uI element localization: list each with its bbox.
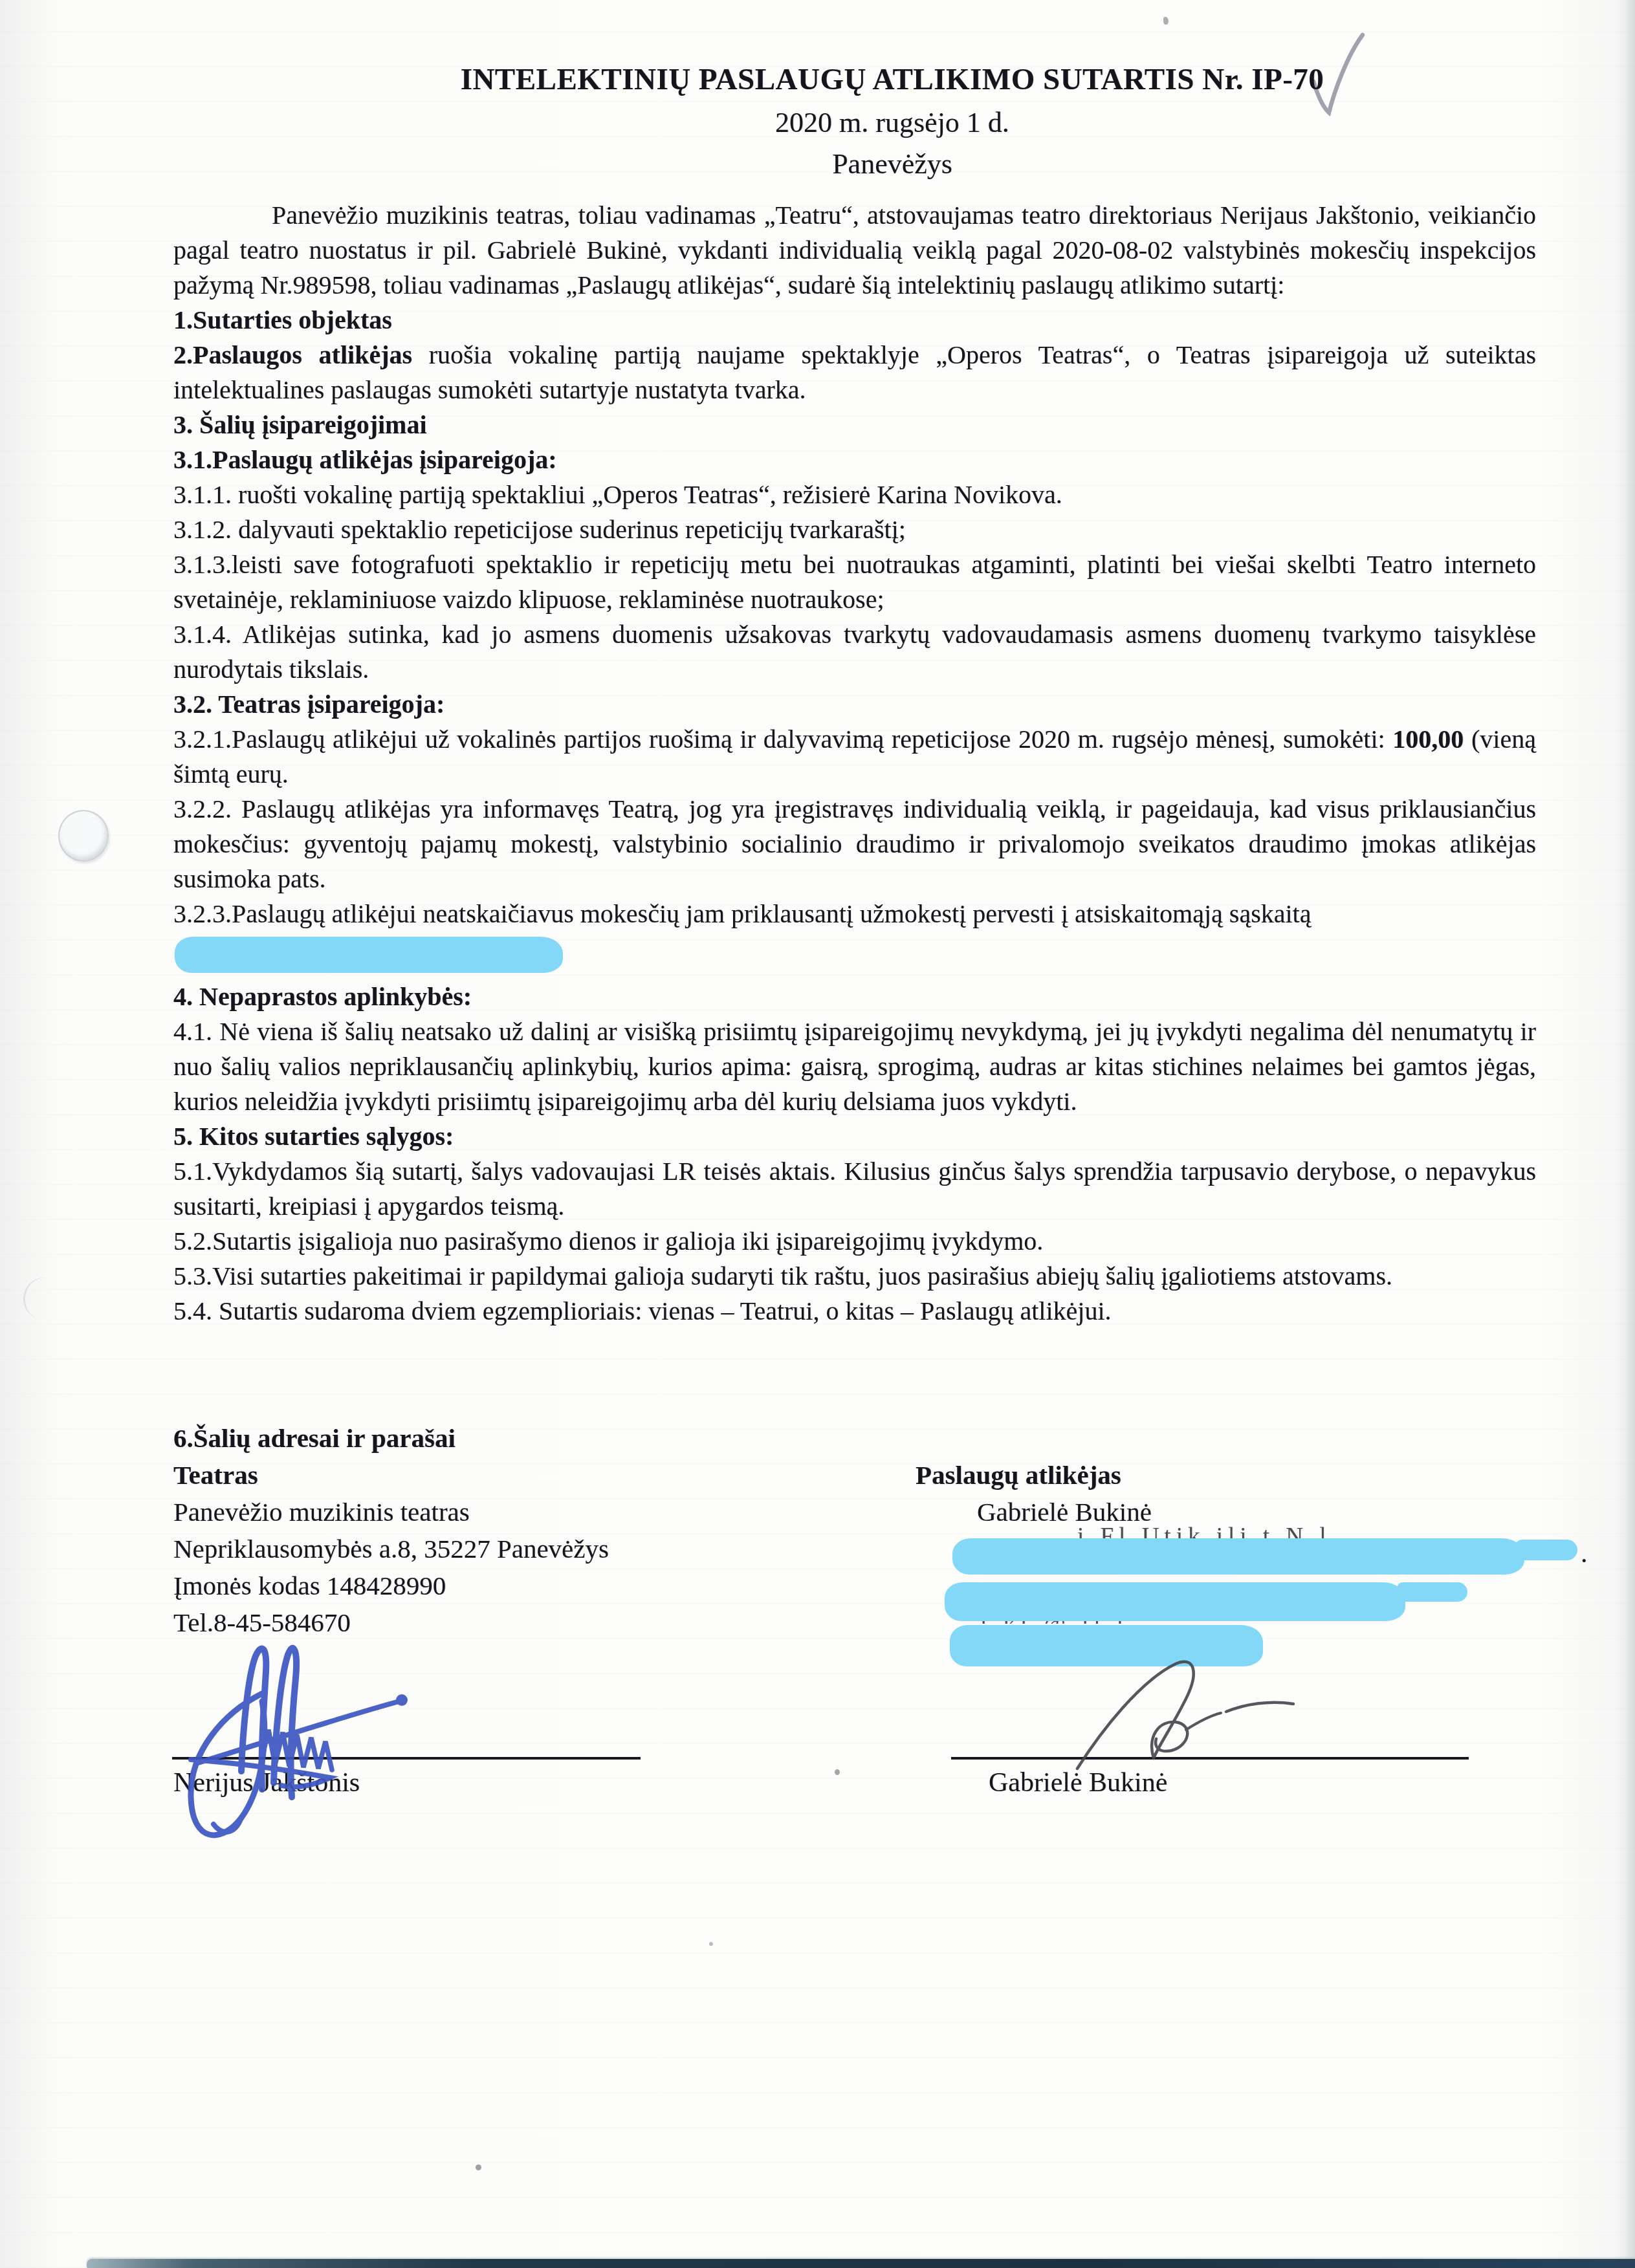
- paragraph-segment: 5.4. Sutartis sudaroma dviem egzempliori…: [173, 1296, 1112, 1325]
- obscured-text-fragment: į Fl Utik įlį t N l: [1077, 1521, 1517, 1538]
- scan-edge-right: [1616, 0, 1635, 2268]
- section6-heading: 6.Šalių adresai ir parašai: [173, 1420, 911, 1457]
- paragraph-segment: 5.1.Vykdydamos šią sutartį, šalys vadova…: [173, 1157, 1536, 1221]
- paragraph-segment: 3.1.3.leisti save fotografuoti spektakli…: [173, 550, 1536, 614]
- paragraph-segment: 1.Sutarties objektas: [173, 305, 392, 334]
- scan-speck: [709, 1942, 713, 1946]
- contract-paragraph: 5.3.Visi sutarties pakeitimai ir papildy…: [173, 1259, 1536, 1294]
- contract-paragraph: 3.2.3.Paslaugų atlikėjui neatskaičiavus …: [173, 897, 1536, 932]
- paragraph-segment: 5.3.Visi sutarties pakeitimai ir papildy…: [173, 1261, 1392, 1291]
- contract-paragraph: 3.1.3.leisti save fotografuoti spektakli…: [173, 547, 1536, 617]
- paragraph-segment: 3.1.1. ruošti vokalinę partiją spektakli…: [173, 480, 1062, 509]
- scan-speck: [835, 1769, 840, 1775]
- teatras-detail-line: Įmonės kodas 148428990: [173, 1567, 911, 1604]
- contract-paragraph: 2.Paslaugos atlikėjas ruošia vokalinę pa…: [173, 338, 1536, 408]
- contract-paragraph: 3.2.1.Paslaugų atlikėjui už vokalinės pa…: [173, 722, 1536, 792]
- parties-left-column: 6.Šalių adresai ir parašai Teatras Panev…: [173, 1420, 911, 1641]
- paragraph-segment: 5.2.Sutartis įsigalioja nuo pasirašymo d…: [173, 1227, 1043, 1256]
- contract-heading: 3.2. Teatras įsipareigoja:: [173, 687, 1536, 722]
- contract-date: 2020 m. rugsėjo 1 d.: [202, 104, 1583, 142]
- party-role-atlikejas: Paslaugų atlikėjas: [916, 1457, 1635, 1494]
- paragraph-segment: 3.2.3.Paslaugų atlikėjui neatskaičiavus …: [173, 899, 1311, 928]
- scan-speck: [476, 2164, 481, 2170]
- contract-paragraph: Panevėžio muzikinis teatras, toliau vadi…: [173, 198, 1536, 303]
- obscured-text-fragment: .: [1581, 1536, 1588, 1573]
- teatras-detail-line: Panevėžio muzikinis teatras: [173, 1494, 911, 1531]
- paragraph-segment: 2.Paslaugos atlikėjas: [173, 340, 412, 369]
- contract-paragraph: 4.1. Nė viena iš šalių neatsako už dalin…: [173, 1014, 1536, 1119]
- paragraph-segment: 3. Šalių įsipareigojimai: [173, 410, 427, 439]
- director-signature: [165, 1616, 437, 1888]
- scan-speck: [1163, 17, 1169, 25]
- paper-dent-mark: [58, 810, 109, 862]
- redaction-bar-bank-account: [175, 937, 563, 973]
- party-role-teatras: Teatras: [173, 1457, 911, 1494]
- contract-paragraph: 3.1.1. ruošti vokalinę partiją spektakli…: [173, 477, 1536, 512]
- paragraph-segment: 3.2.2. Paslaugų atlikėjas yra informavęs…: [173, 794, 1536, 893]
- contract-paragraph: 3.1.4. Atlikėjas sutinka, kad jo asmens …: [173, 617, 1536, 687]
- paragraph-segment: Panevėžio muzikinis teatras, toliau vadi…: [173, 201, 1536, 300]
- contract-heading: 3. Šalių įsipareigojimai: [173, 408, 1536, 442]
- paragraph-segment: 5. Kitos sutarties sąlygos:: [173, 1122, 454, 1151]
- contract-paragraph: 3.2.2. Paslaugų atlikėjas yra informavęs…: [173, 792, 1536, 897]
- scanned-contract-page: INTELEKTINIŲ PASLAUGŲ ATLIKIMO SUTARTIS …: [0, 0, 1635, 2268]
- contract-heading: 3.1.Paslaugų atlikėjas įsipareigoja:: [173, 442, 1536, 477]
- title-block: INTELEKTINIŲ PASLAUGŲ ATLIKIMO SUTARTIS …: [202, 60, 1583, 184]
- contract-heading: 5. Kitos sutarties sąlygos:: [173, 1119, 1536, 1154]
- teatras-detail-line: Nepriklausomybės a.8, 35227 Panevėžys: [173, 1531, 911, 1567]
- contract-title: INTELEKTINIŲ PASLAUGŲ ATLIKIMO SUTARTIS …: [202, 60, 1583, 100]
- contract-paragraph: 5.1.Vykdydamos šią sutartį, šalys vadova…: [173, 1154, 1536, 1224]
- contract-heading: 1.Sutarties objektas: [173, 303, 1536, 338]
- paragraph-segment: 3.1.4. Atlikėjas sutinka, kad jo asmens …: [173, 620, 1536, 684]
- redaction-bar-personal-code: [945, 1582, 1405, 1621]
- contract-paragraph: 3.1.2. dalyvauti spektaklio repeticijose…: [173, 512, 1536, 547]
- paragraph-segment: 3.1.Paslaugų atlikėjas įsipareigoja:: [173, 445, 557, 474]
- paragraph-segment: 3.1.2. dalyvauti spektaklio repeticijose…: [173, 515, 906, 544]
- scan-edge-left: [0, 0, 71, 2268]
- contract-heading: 4. Nepaprastos aplinkybės:: [173, 979, 1536, 1014]
- contract-paragraph: 5.2.Sutartis įsigalioja nuo pasirašymo d…: [173, 1224, 1536, 1259]
- paragraph-segment: 3.2. Teatras įsipareigoja:: [173, 690, 444, 719]
- contract-city: Panevėžys: [202, 145, 1583, 184]
- redaction-bar-address: [952, 1538, 1524, 1575]
- paragraph-segment: 100,00: [1392, 725, 1464, 754]
- scanner-strip: [87, 2259, 1635, 2268]
- performer-signature: [1032, 1653, 1355, 1783]
- paragraph-segment: 4.1. Nė viena iš šalių neatsako už dalin…: [173, 1017, 1536, 1116]
- contract-paragraph: 5.4. Sutartis sudaroma dviem egzempliori…: [173, 1294, 1536, 1329]
- contract-body: Panevėžio muzikinis teatras, toliau vadi…: [173, 198, 1536, 1329]
- paragraph-segment: 3.2.1.Paslaugų atlikėjui už vokalinės pa…: [173, 725, 1392, 754]
- paragraph-segment: 4. Nepaprastos aplinkybės:: [173, 982, 472, 1011]
